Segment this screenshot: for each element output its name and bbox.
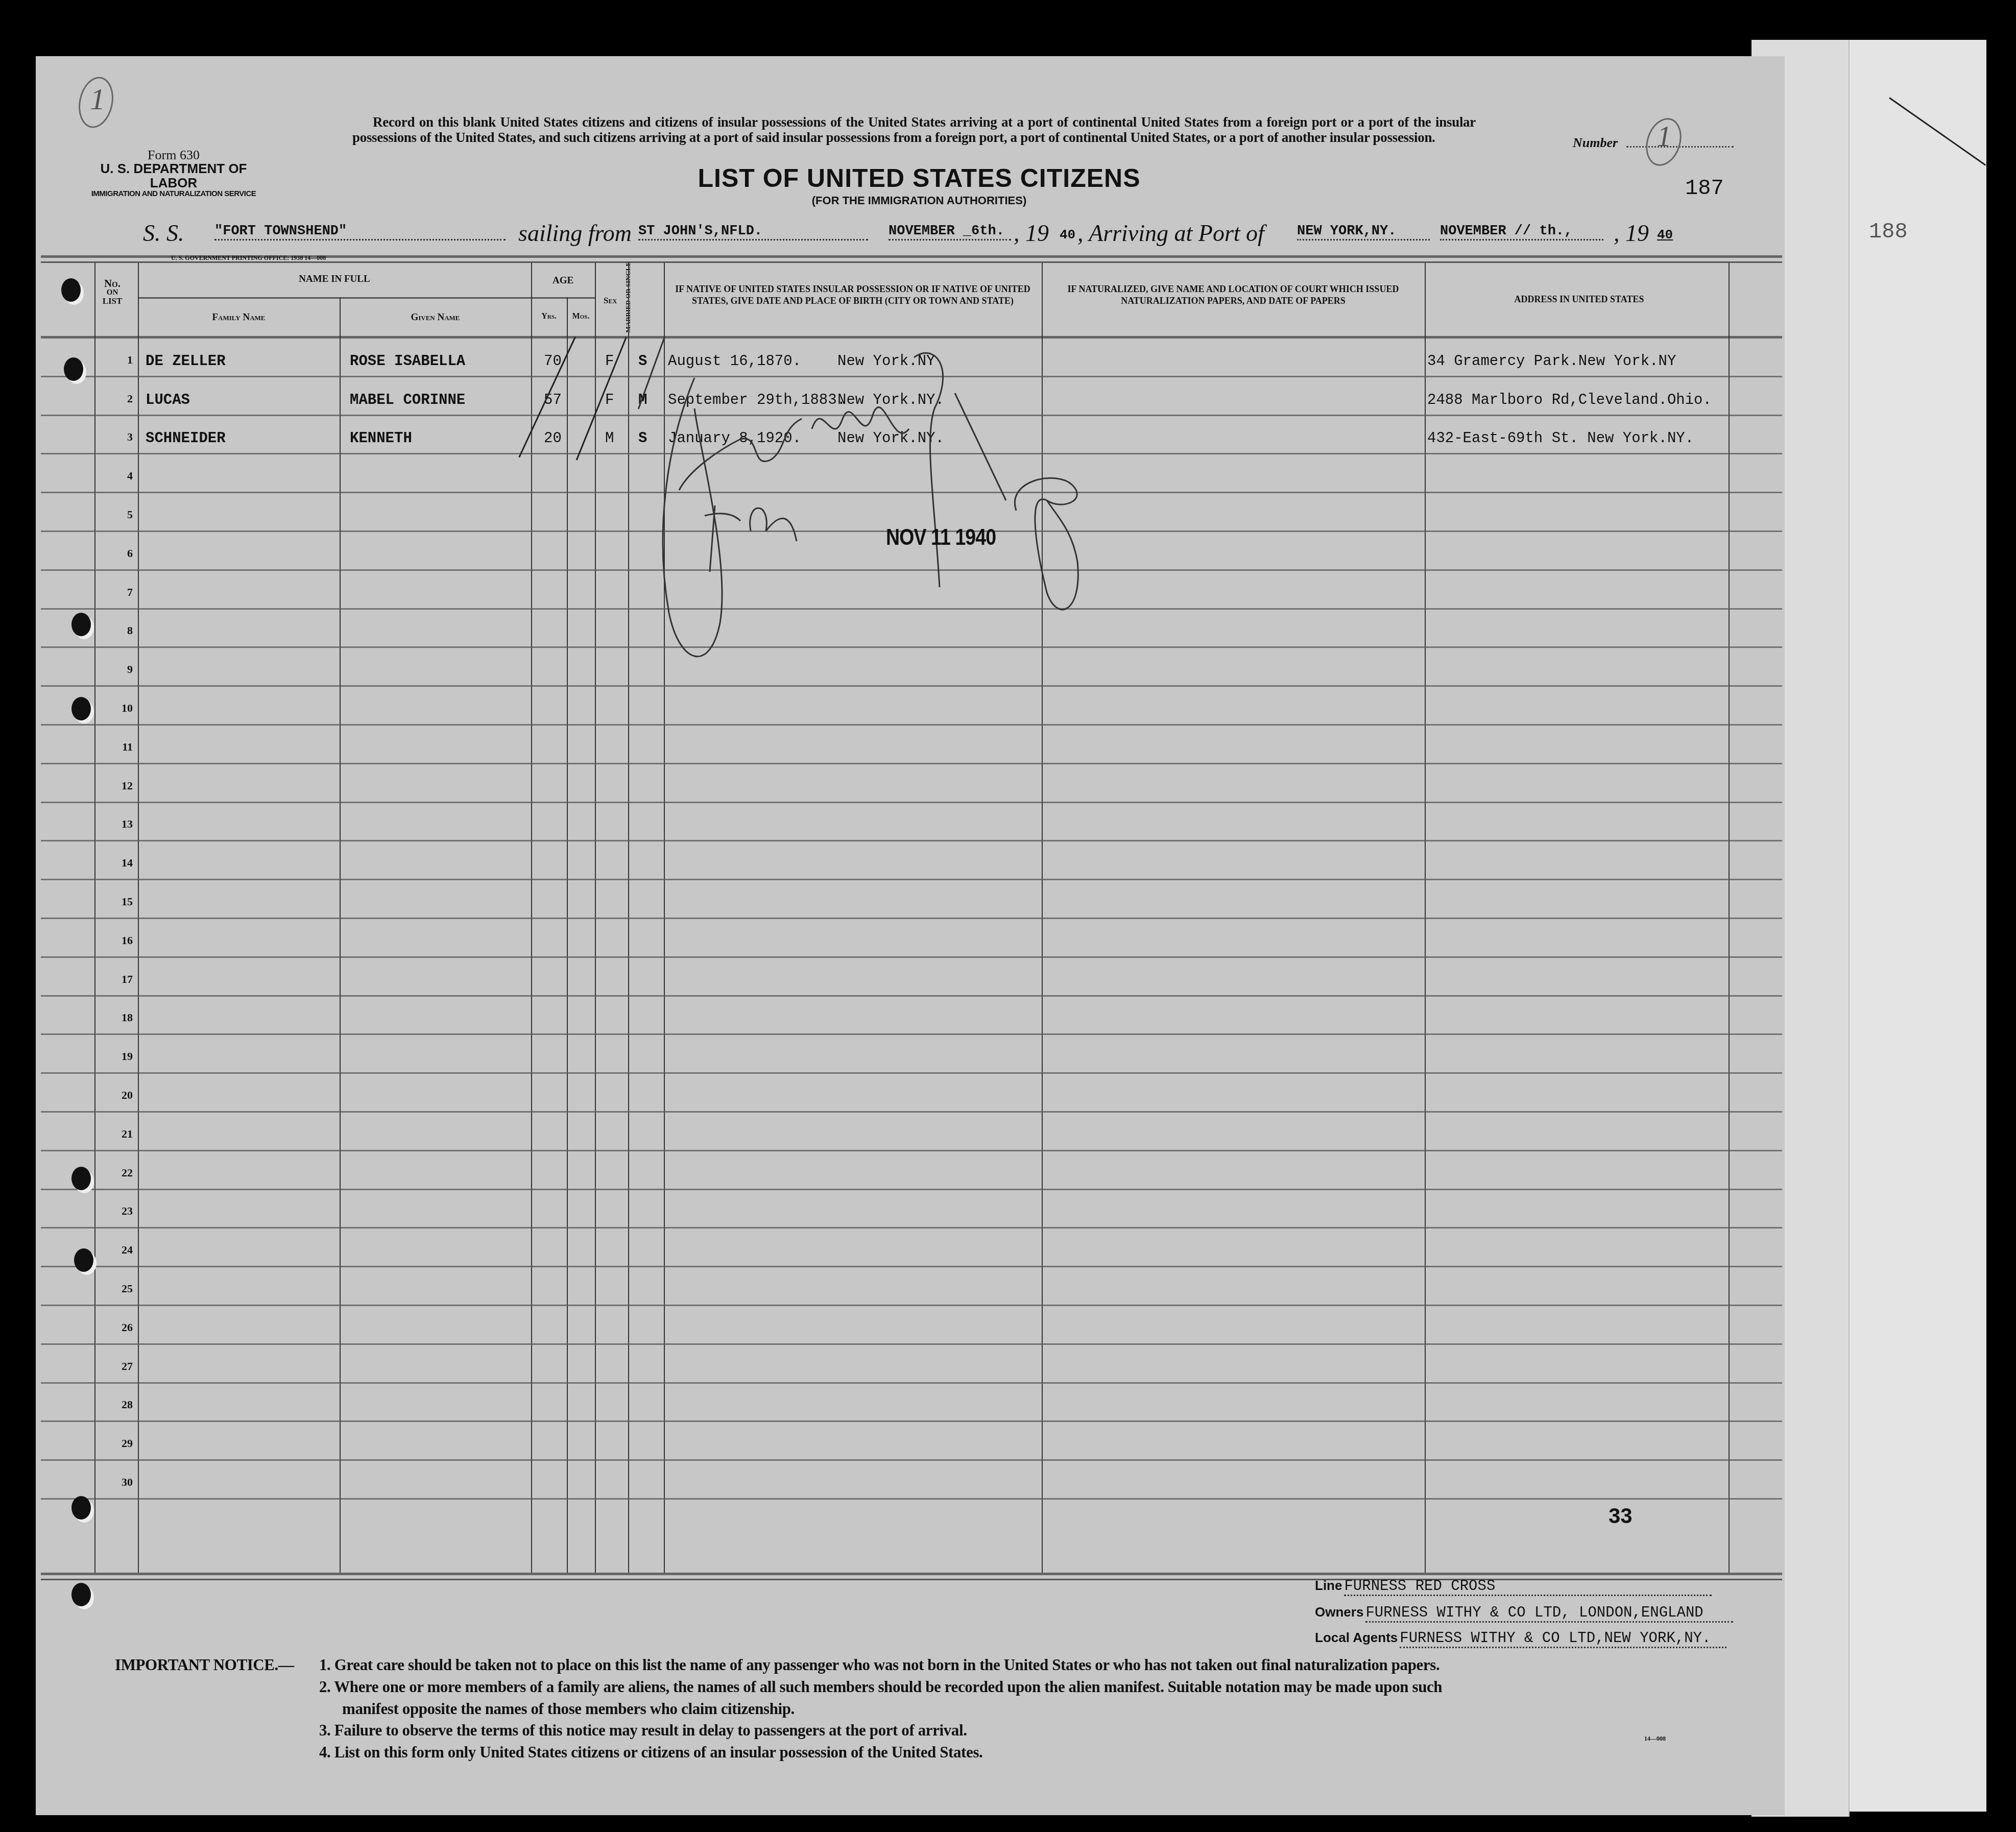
row-rule [41,763,1782,764]
col-line-naturalized [1425,263,1426,1575]
marital-status: S [638,353,647,370]
address: 2488 Marlboro Rd,Cleveland.Ohio. [1427,392,1712,408]
line-value: FURNESS RED CROSS [1344,1578,1712,1596]
col-line-mos [595,263,596,1575]
row-number: 29 [102,1437,133,1450]
row-rule [41,840,1782,841]
age-header-divider [531,297,595,299]
row-number: 26 [102,1321,133,1334]
row-rule [41,956,1782,958]
address: 432-East-69th St. New York.NY. [1427,430,1694,447]
next-page-number: 188 [1869,220,1908,244]
row-number: 2 [102,392,133,405]
col-line-address [1729,263,1730,1575]
row-number: 4 [102,469,133,483]
row-number: 22 [102,1166,133,1179]
agents-field: Local Agents FURNESS WITHY & CO LTD,NEW … [1315,1630,1726,1648]
row-number: 24 [102,1243,133,1257]
row-number: 12 [102,779,133,792]
row-rule [41,879,1782,880]
form-number: Form 630 [82,148,266,162]
header-bottom-rule [41,336,1782,339]
row-rule [41,1382,1782,1384]
row-number: 7 [102,586,133,599]
family-name: SCHNEIDER [146,430,226,447]
col-line-given [531,263,532,1575]
department-name: U. S. DEPARTMENT OF LABOR [82,162,266,190]
arrival-date-field: NOVEMBER // th., [1440,224,1603,254]
row-number: 13 [102,817,133,831]
family-name: LUCAS [146,392,190,408]
important-notice: 1. Great care should be taken not to pla… [319,1654,1749,1764]
arrival-date: NOVEMBER // th., [1440,224,1603,240]
sailing-from-field: ST JOHN'S,NFLD. [638,224,868,254]
owners-field: Owners FURNESS WITHY & CO LTD, LONDON,EN… [1315,1604,1733,1623]
punch-hole [71,1496,91,1520]
departure-date-field: NOVEMBER _6th. [889,224,1011,254]
arrival-year: 40 [1657,227,1673,258]
row-number: 15 [102,895,133,908]
ss-label: S. S. [143,220,184,250]
row-number: 17 [102,973,133,986]
printing-code: 14—008 [304,254,326,261]
col-header-family-name: Family Name [138,311,340,324]
owners-label: Owners [1315,1604,1363,1620]
family-name: DE ZELLER [146,353,226,370]
row-rule [41,1266,1782,1267]
name-header-divider [138,297,531,299]
row-rule [41,918,1782,919]
col-header-no-on-list: No. ON LIST [94,278,130,305]
row-rule [41,1305,1782,1306]
col-line-no [138,263,139,1575]
col-header-birth: IF NATIVE OF UNITED STATES INSULAR POSSE… [669,283,1037,306]
form-identifier: Form 630 U. S. DEPARTMENT OF LABOR IMMIG… [82,148,266,198]
sailing-from-label: sailing from [518,220,632,250]
col-line-holes [94,263,95,1575]
row-number: 30 [102,1476,133,1489]
notice-item-1: 1. Great care should be taken not to pla… [319,1654,1749,1676]
sex: F [605,392,614,408]
row-number: 25 [102,1282,133,1295]
punch-hole [64,357,83,381]
row-rule [41,1420,1782,1422]
row-rule [41,1033,1782,1035]
col-header-list: LIST [94,297,130,305]
col-header-no: No. [94,278,130,289]
row-number: 9 [102,663,133,676]
sex: M [605,430,614,447]
row-rule [41,1150,1782,1151]
col-header-mos: Mos. [567,311,595,322]
row-number: 19 [102,1050,133,1063]
departure-year-prefix: , 19 [1014,220,1049,250]
age-years: 70 [544,353,562,370]
row-number: 5 [102,508,133,521]
punch-hole [71,697,91,720]
notice-item-2: 2. Where one or more members of a family… [319,1676,1749,1698]
row-rule [41,1498,1782,1500]
row-number: 28 [102,1398,133,1411]
col-header-yrs: Yrs. [531,311,567,322]
number-label: Number [1573,135,1618,151]
row-rule [41,1072,1782,1074]
col-header-address: ADDRESS IN UNITED STATES [1430,294,1729,305]
marital-status: S [638,430,647,447]
given-name: KENNETH [350,430,412,447]
signature-scrawl [649,347,1108,679]
row-rule [41,995,1782,997]
owners-value: FURNESS WITHY & CO LTD, LONDON,ENGLAND [1365,1604,1733,1623]
row-number: 27 [102,1360,133,1373]
row-number: 10 [102,702,133,715]
punch-hole [71,613,91,636]
intro-instructions: Record on this blank United States citiz… [352,115,1476,145]
notice-item-4: 4. List on this form only United States … [319,1742,1749,1764]
row-number: 21 [102,1127,133,1141]
col-header-on: ON [94,289,130,297]
handwritten-count: 33 [1609,1504,1633,1528]
page-subtitle: (FOR THE IMMIGRATION AUTHORITIES) [766,194,1072,207]
punch-hole [61,278,81,302]
departure-year: 40 [1060,227,1075,258]
age-years: 20 [544,430,562,447]
service-name: IMMIGRATION AND NATURALIZATION SERVICE [82,190,266,198]
number-field [1626,146,1734,148]
agents-value: FURNESS WITHY & CO LTD,NEW YORK,NY. [1400,1630,1726,1648]
ship-name-field: "FORT TOWNSHEND" [214,224,511,254]
form-bottom-code: 14—008 [1644,1735,1666,1743]
col-header-naturalized: IF NATURALIZED, GIVE NAME AND LOCATION O… [1047,283,1420,306]
row-number: 3 [102,430,133,444]
row-number: 8 [102,624,133,637]
row-rule [41,802,1782,803]
number-value: 1 [1657,120,1671,153]
row-rule [41,1189,1782,1190]
row-number: 18 [102,1011,133,1024]
row-rule [41,685,1782,687]
page-title: LIST OF UNITED STATES CITIZENS [649,163,1190,193]
col-header-name-in-full: NAME IN FULL [138,273,531,285]
notice-item-3: 3. Failure to observe the terms of this … [319,1720,1749,1742]
row-rule [41,1459,1782,1461]
page-number: 187 [1685,176,1724,201]
sailing-from-port: ST JOHN'S,NFLD. [638,224,868,240]
row-number: 14 [102,856,133,870]
given-name: ROSE ISABELLA [350,353,465,370]
row-number: 6 [102,547,133,560]
departure-date: NOVEMBER _6th. [889,224,1011,240]
row-rule [41,1227,1782,1228]
row-number: 1 [102,353,133,367]
col-header-given-name: Given Name [340,311,531,324]
line-field: Line FURNESS RED CROSS [1315,1578,1712,1596]
date-stamp: NOV 11 1940 [886,525,996,550]
row-number: 16 [102,934,133,947]
printing-office-note: U. S. GOVERNMENT PRINTING OFFICE: 1938 1… [171,254,326,262]
arrival-port-field: NEW YORK,NY. [1297,224,1430,254]
col-header-age: AGE [531,275,595,287]
col-line-sex [628,263,629,1575]
arrival-year-prefix: , 19 [1614,220,1649,250]
row-number: 23 [102,1204,133,1218]
line-label: Line [1315,1578,1342,1593]
notice-item-2-cont: manifest opposite the names of those mem… [319,1698,1749,1720]
row-rule [41,1343,1782,1345]
table-bottom-rule [41,1573,1782,1575]
row-rule [41,1111,1782,1113]
row-rule [41,724,1782,726]
punch-hole [74,1248,93,1272]
notice-heading: IMPORTANT NOTICE.— [115,1654,294,1676]
row-number: 11 [102,740,133,754]
row-number: 20 [102,1089,133,1102]
col-header-sex: Sex [595,295,626,306]
circled-number-text: 1 [90,82,105,117]
punch-hole [71,1167,91,1190]
agents-label: Local Agents [1315,1630,1398,1645]
arriving-label: , Arriving at Port of [1077,220,1264,250]
ship-name: "FORT TOWNSHEND" [214,224,506,240]
printing-office-text: U. S. GOVERNMENT PRINTING OFFICE: 1938 [171,254,303,261]
arrival-port: NEW YORK,NY. [1297,224,1430,240]
punch-hole [71,1583,91,1606]
address: 34 Gramercy Park.New York.NY [1427,353,1676,370]
given-name: MABEL CORINNE [350,392,465,408]
